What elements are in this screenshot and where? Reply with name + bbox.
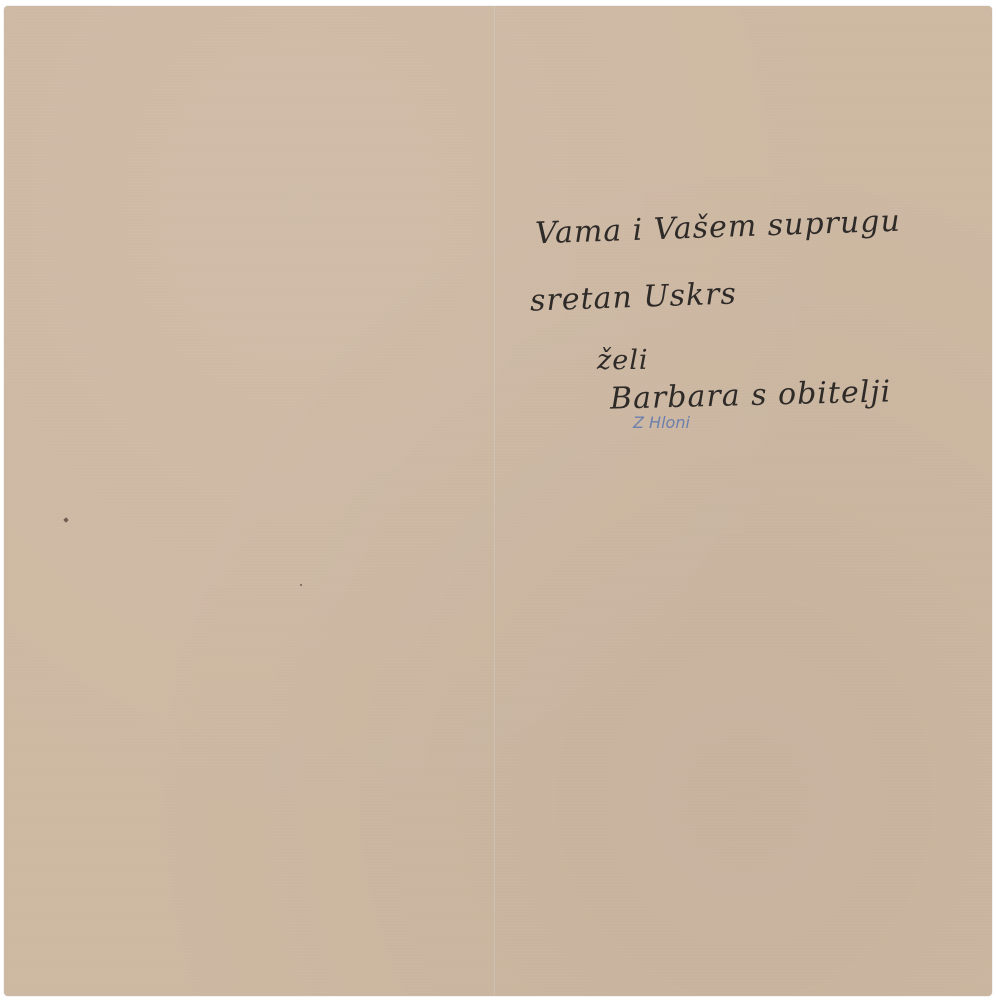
paper-mark xyxy=(63,517,69,523)
paper-mark xyxy=(300,584,302,586)
blue-pencil-note: Z Hloni xyxy=(633,413,690,432)
card-right-panel xyxy=(495,6,992,996)
handwritten-greeting-line-2: sretan Uskrs xyxy=(529,276,737,318)
greeting-card xyxy=(4,6,992,996)
handwritten-greeting-line-3: želi xyxy=(597,345,648,376)
handwritten-signature-line: Barbara s obitelji xyxy=(610,374,892,416)
card-left-panel xyxy=(4,6,494,996)
